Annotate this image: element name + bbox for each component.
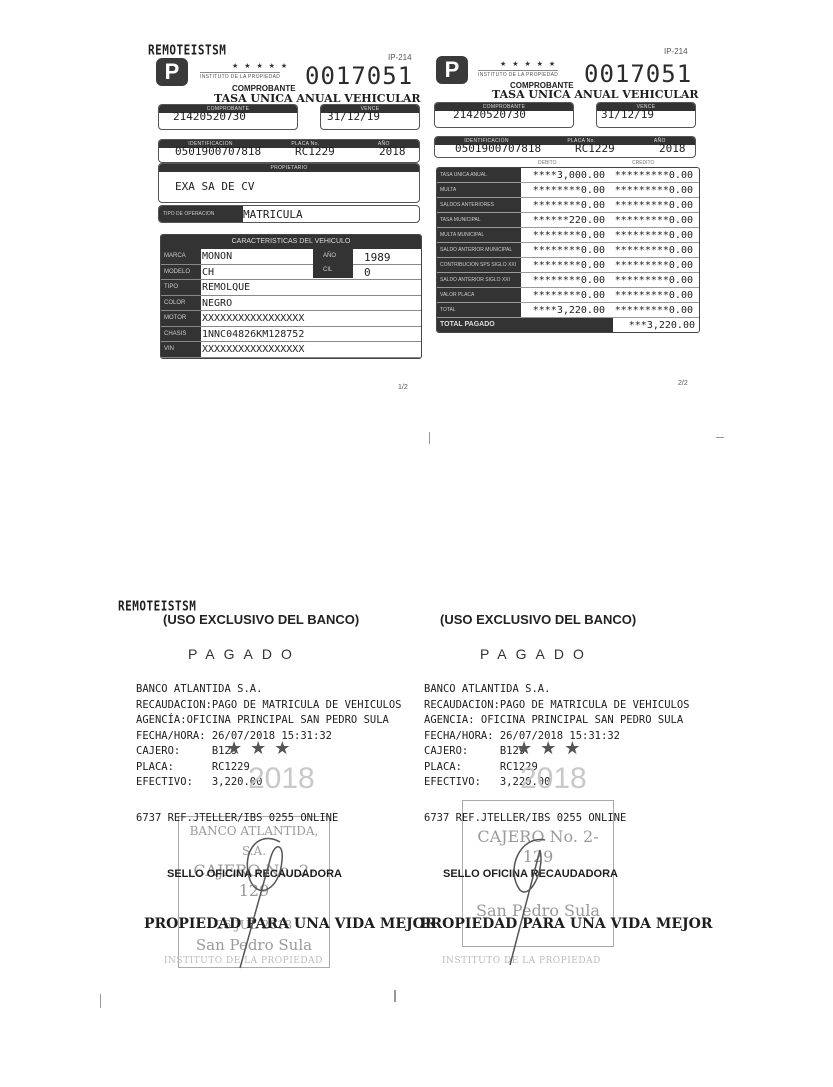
charge-debit: ****3,000.00 (521, 168, 609, 182)
charge-debit: ********0.00 (521, 288, 609, 302)
charge-credit: *********0.00 (609, 303, 697, 317)
charge-label: TOTAL (437, 303, 521, 317)
field-value: 21420520730 (435, 108, 573, 121)
vehicle-rows: MARCAMONONMODELOCHTIPOREMOLQUECOLORNEGRO… (161, 249, 421, 358)
cil-label: CIL (313, 263, 353, 277)
charge-label: SALDO ANTERIOR MUNICIPAL (437, 243, 521, 257)
institution-label: INSTITUTO DE LA PROPIEDAD (200, 72, 280, 80)
vehicle-row-value: NEGRO (201, 296, 421, 311)
charge-debit: ********0.00 (521, 198, 609, 212)
logo-icon: P (436, 56, 468, 84)
vehicle-row-label: COLOR (161, 296, 201, 311)
charge-credit: *********0.00 (609, 183, 697, 197)
field-value: EXA SA DE CV (159, 180, 419, 193)
bank-detail-line: RECAUDACION:PAGO DE MATRICULA DE VEHICUL… (424, 698, 690, 714)
vehicle-row-label: CHASIS (161, 327, 201, 342)
vehicle-row-label: TIPO (161, 280, 201, 295)
cil-value: 0 (364, 266, 371, 279)
page-number: 1/2 (398, 384, 408, 391)
charge-row: SALDO ANTERIOR MUNICIPAL********0.00****… (437, 243, 699, 258)
charge-debit: ********0.00 (521, 243, 609, 257)
comprobante-field: COMPROBANTE 21420520730 (434, 102, 574, 128)
receipt-title: TASA UNICA ANUAL VEHICULAR (492, 88, 699, 101)
charge-label: MULTA MUNICIPAL (437, 228, 521, 242)
vehicle-row-value: REMOLQUE (201, 280, 421, 295)
bank-detail-line: BANCO ATLANTIDA S.A. (136, 682, 402, 698)
charge-label: CONTRIBUCION SPS SIGLO XXI (437, 258, 521, 272)
charge-row: VALOR PLACA********0.00*********0.00 (437, 288, 699, 303)
ano-value: 1989 (364, 251, 391, 264)
charge-debit: ******220.00 (521, 213, 609, 227)
stars-icon: ★ ★ ★ ★ ★ (232, 62, 289, 70)
charge-debit: ****3,220.00 (521, 303, 609, 317)
field-value: MATRICULA (243, 206, 303, 222)
field-value: 21420520730 (159, 110, 297, 123)
identification-field: IDENTIFICACION PLACA No. AÑO 05019007078… (434, 136, 696, 158)
vehicle-row-label: VIN (161, 342, 201, 357)
field-values: 0501900707818 RC1229 2018 (435, 142, 695, 155)
charge-label: TASA MUNICIPAL (437, 213, 521, 227)
bank-detail-line: AGENCIA: OFICINA PRINCIPAL SAN PEDRO SUL… (424, 713, 690, 729)
charges-table: TASA UNICA ANUAL****3,000.00*********0.0… (436, 167, 700, 333)
bank-detail-line: RECAUDACION:PAGO DE MATRICULA DE VEHICUL… (136, 698, 402, 714)
reference-line: 6737 REF.JTELLER/IBS 0255 ONLINE (424, 812, 626, 824)
charge-credit: *********0.00 (609, 213, 697, 227)
charge-label: VALOR PLACA (437, 288, 521, 302)
vehicle-row-value: 1NNC04826KM128752 (201, 327, 421, 342)
vehicle-row: MODELOCH (161, 265, 421, 281)
vence-field: VENCE 31/12/19 (596, 102, 696, 128)
total-paid-value: ***3,220.00 (613, 318, 699, 332)
reference-line: 6737 REF.JTELLER/IBS 0255 ONLINE (136, 812, 338, 824)
vehicle-row: COLORNEGRO (161, 296, 421, 312)
charge-row: SALDOS ANTERIORES********0.00*********0.… (437, 198, 699, 213)
charge-label: TASA UNICA ANUAL (437, 168, 521, 182)
watermark-year: 2018 (520, 762, 587, 796)
receipt-number: 0017051 (584, 60, 692, 88)
bank-title: (USO EXCLUSIVO DEL BANCO) (440, 612, 636, 627)
charge-label: MULTA (437, 183, 521, 197)
logo-icon: P (156, 58, 188, 86)
charge-rows: TASA UNICA ANUAL****3,000.00*********0.0… (437, 168, 699, 318)
charge-debit: ********0.00 (521, 273, 609, 287)
signature-icon (500, 830, 580, 970)
field-label: TIPO DE OPERACION (159, 206, 243, 222)
vehicle-row: TIPOREMOLQUE (161, 280, 421, 296)
stars-icon: ★ ★ ★ ★ ★ (500, 60, 557, 68)
vehicle-title: CARACTERISTICAS DEL VEHICULO (161, 235, 421, 249)
placa-value: RC1229 (575, 142, 659, 155)
field-values: 0501900707818 RC1229 2018 (159, 145, 419, 158)
scan-mark (429, 432, 430, 444)
charge-debit: ********0.00 (521, 258, 609, 272)
credit-label: CREDITO (632, 160, 654, 166)
charge-credit: *********0.00 (609, 198, 697, 212)
charge-row: TOTAL****3,220.00*********0.00 (437, 303, 699, 318)
total-paid-row: TOTAL PAGADO ***3,220.00 (437, 318, 699, 332)
charge-credit: *********0.00 (609, 228, 697, 242)
bank-detail-line: BANCO ATLANTIDA S.A. (424, 682, 690, 698)
field-value: 31/12/19 (597, 108, 695, 121)
charge-row: TASA MUNICIPAL******220.00*********0.00 (437, 213, 699, 228)
total-paid-label: TOTAL PAGADO (437, 318, 613, 332)
ano-value: 2018 (659, 142, 686, 155)
signature-icon (220, 830, 300, 970)
charge-debit: ********0.00 (521, 183, 609, 197)
institution-label: INSTITUTO DE LA PROPIEDAD (478, 70, 558, 78)
bank-title: (USO EXCLUSIVO DEL BANCO) (163, 612, 359, 627)
field-value: 31/12/19 (321, 110, 419, 123)
vehicle-characteristics: CARACTERISTICAS DEL VEHICULO MARCAMONONM… (160, 234, 422, 359)
form-code: IP-214 (664, 47, 688, 56)
charge-label: SALDO ANTERIOR SIGLO XXI (437, 273, 521, 287)
scan-mark (716, 437, 724, 438)
bank-detail-line: AGENCÍA:OFICINA PRINCIPAL SAN PEDRO SULA (136, 713, 402, 729)
watermark-year: 2018 (248, 762, 315, 796)
vehicle-row: VINXXXXXXXXXXXXXXXXX (161, 342, 421, 358)
vehicle-row-value: XXXXXXXXXXXXXXXXX (201, 311, 421, 326)
comprobante-field: COMPROBANTE 21420520730 (158, 104, 298, 130)
vehicle-row: CHASIS1NNC04826KM128752 (161, 327, 421, 343)
charge-row: CONTRIBUCION SPS SIGLO XXI********0.00**… (437, 258, 699, 273)
debit-label: DEBITO (538, 160, 557, 166)
scan-mark (100, 994, 101, 1008)
scan-mark (394, 990, 396, 1002)
charge-row: SALDO ANTERIOR SIGLO XXI********0.00****… (437, 273, 699, 288)
vehicle-row: MOTORXXXXXXXXXXXXXXXXX (161, 311, 421, 327)
stars-icon: ★★★ (516, 738, 588, 759)
paid-status: PAGADO (480, 646, 593, 662)
vehicle-row-label: MODELO (161, 265, 201, 280)
charge-row: TASA UNICA ANUAL****3,000.00*********0.0… (437, 168, 699, 183)
ano-value: 2018 (379, 145, 406, 158)
form-code: IP-214 (388, 53, 412, 62)
vence-field: VENCE 31/12/19 (320, 104, 420, 130)
vehicle-row-label: MOTOR (161, 311, 201, 326)
ano-cil-labels: AÑO CIL (313, 249, 353, 278)
charge-credit: *********0.00 (609, 168, 697, 182)
propietario-field: PROPIETARIO EXA SA DE CV (158, 163, 420, 203)
charge-credit: *********0.00 (609, 288, 697, 302)
header-code: REMOTEISTSM (148, 43, 226, 59)
charge-debit: ********0.00 (521, 228, 609, 242)
charge-label: SALDOS ANTERIORES (437, 198, 521, 212)
placa-value: RC1229 (295, 145, 379, 158)
vehicle-row-value: XXXXXXXXXXXXXXXXX (201, 342, 421, 357)
paid-status: PAGADO (188, 646, 301, 662)
identificacion-value: 0501900707818 (159, 145, 295, 158)
charge-credit: *********0.00 (609, 258, 697, 272)
charge-row: MULTA********0.00*********0.00 (437, 183, 699, 198)
charge-credit: *********0.00 (609, 273, 697, 287)
field-label: PROPIETARIO (159, 164, 419, 172)
tipo-operacion-field: TIPO DE OPERACION MATRICULA (158, 205, 420, 223)
identification-field: IDENTIFICACION PLACA No. AÑO 05019007078… (158, 139, 420, 163)
charge-credit: *********0.00 (609, 243, 697, 257)
vehicle-row-label: MARCA (161, 249, 201, 264)
identificacion-value: 0501900707818 (435, 142, 575, 155)
page-number: 2/2 (678, 380, 688, 387)
stars-icon: ★★★ (226, 738, 298, 759)
vehicle-row-value: CH (201, 265, 421, 280)
charge-row: MULTA MUNICIPAL********0.00*********0.00 (437, 228, 699, 243)
receipt-number: 0017051 (305, 62, 413, 90)
ano-label: AÑO (313, 249, 353, 263)
